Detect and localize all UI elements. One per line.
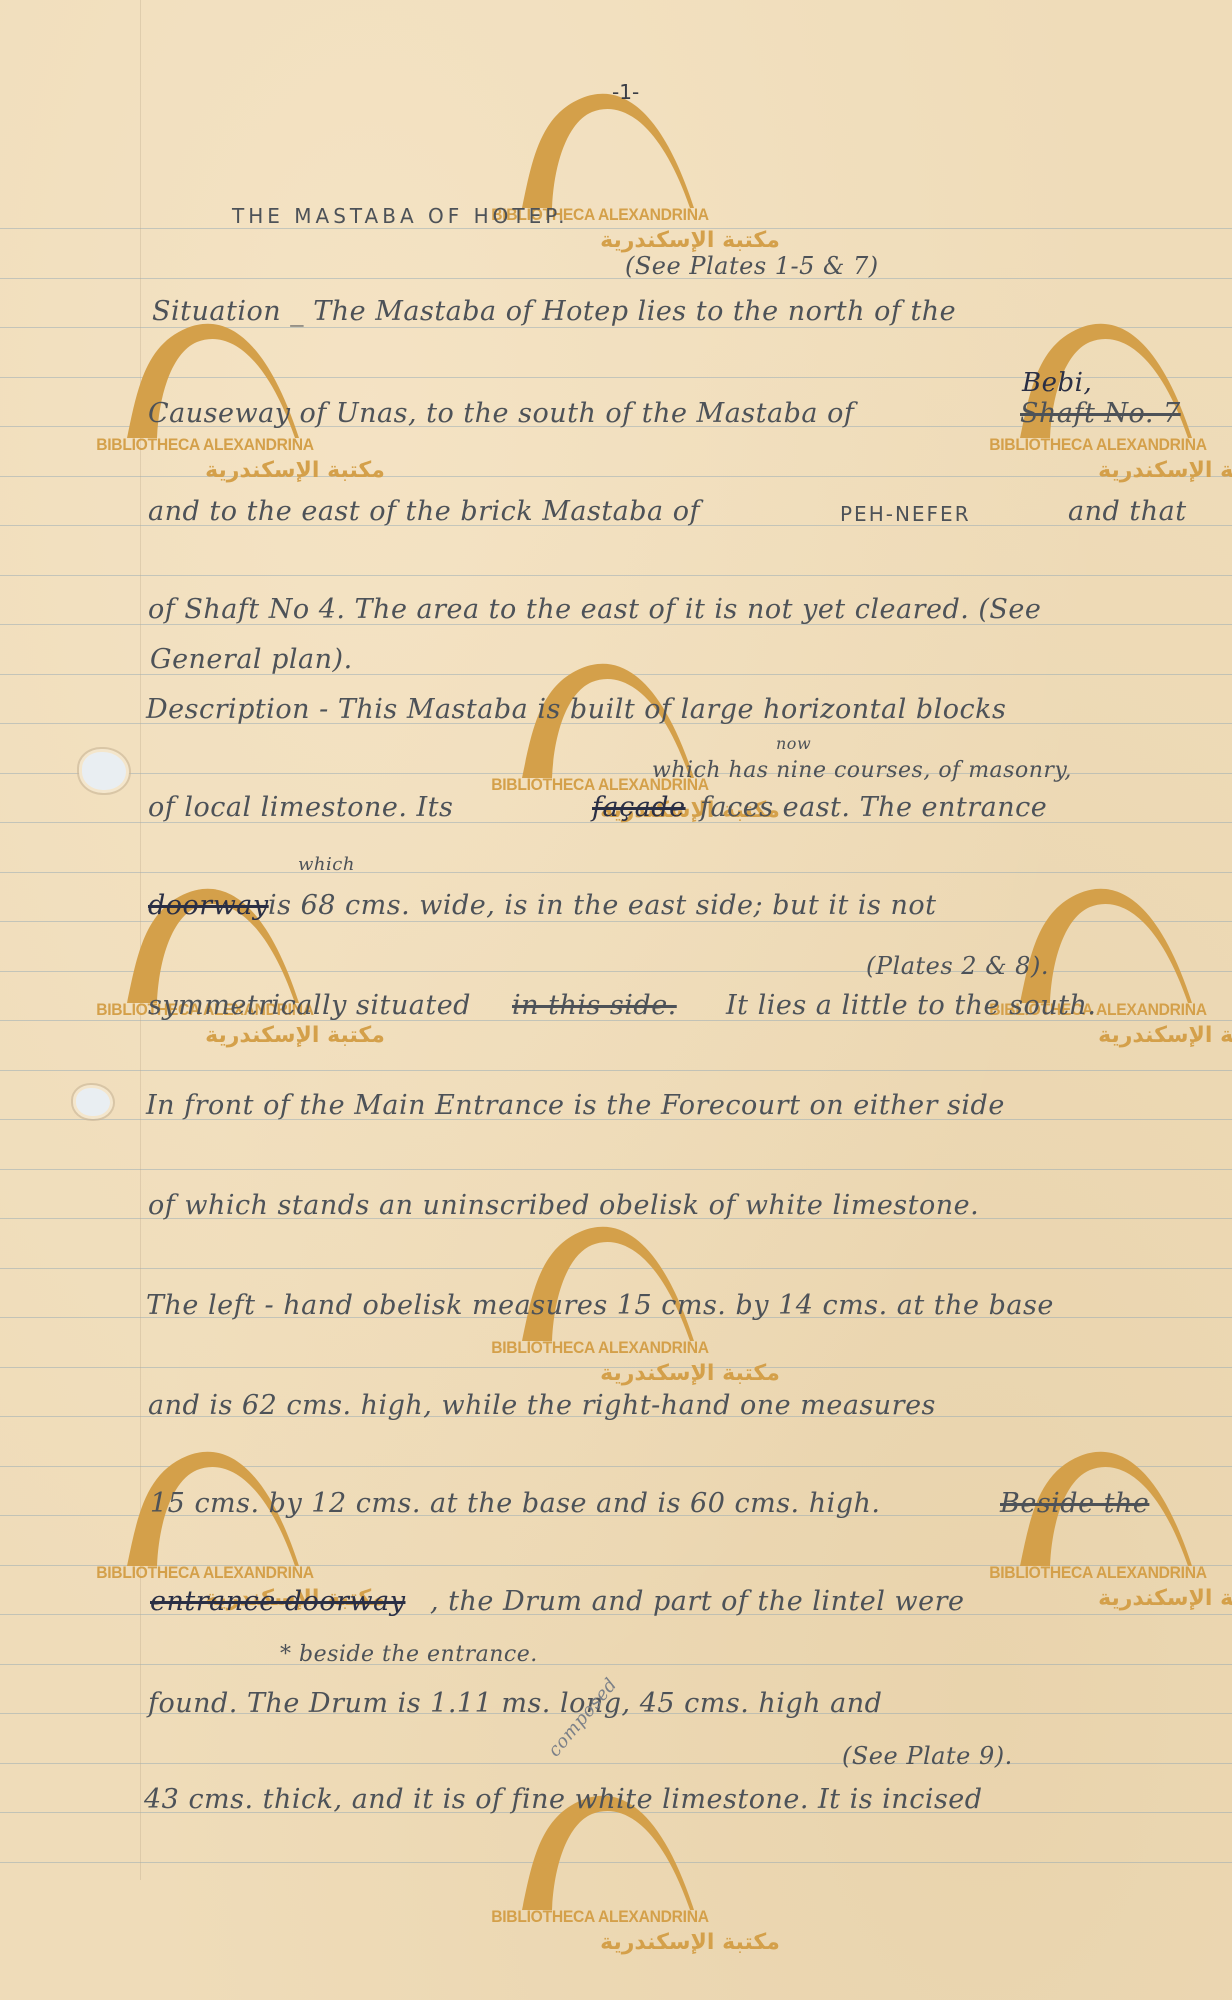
ruled-line xyxy=(0,872,1232,873)
line-and-that: and that xyxy=(1068,496,1187,527)
struck-shaft-no: Shaft No. 7 xyxy=(1020,398,1181,429)
document-title: THE MASTABA OF HOTEP. xyxy=(232,204,569,228)
watermark-text-en: BIBLIOTHECA ALEXANDRINA xyxy=(955,435,1232,455)
peh-nefer-name: PEH-NEFER xyxy=(840,502,971,526)
line-68-cms-wide: is 68 cms. wide, is in the east side; bu… xyxy=(268,890,936,921)
see-plate-9-note: (See Plate 9). xyxy=(842,1742,1013,1770)
watermark-text-ar: مكتبة الإسكندرية xyxy=(560,1930,820,1955)
watermark-text-en: BIBLIOTHECA ALEXANDRINA xyxy=(457,1907,742,1927)
ruled-line xyxy=(0,1664,1232,1665)
line-43-cms-thick: 43 cms. thick, and it is of fine white l… xyxy=(144,1784,983,1815)
plates-2-8-note: (Plates 2 & 8). xyxy=(866,952,1049,980)
line-shaft-4: of Shaft No 4. The area to the east of i… xyxy=(148,594,1041,625)
watermark-text-ar: مكتبة الإسكندرية xyxy=(1058,458,1232,483)
struck-doorway: doorway xyxy=(148,890,269,921)
line-62-cms-high: and is 62 cms. high, while the right-han… xyxy=(148,1390,936,1421)
watermark-text-ar: مكتبة الإسكندرية xyxy=(165,1023,425,1048)
insert-now: now xyxy=(776,734,811,753)
title-plates-note: (See Plates 1-5 & 7) xyxy=(625,252,879,280)
ruled-line xyxy=(0,575,1232,576)
line-found-drum: found. The Drum is 1.11 ms. long, 45 cms… xyxy=(148,1688,882,1719)
punch-hole-top xyxy=(82,752,126,790)
punch-hole-bottom xyxy=(76,1088,110,1116)
struck-entrance-doorway: entrance doorway xyxy=(150,1586,405,1617)
ruled-line xyxy=(0,1070,1232,1071)
ruled-line xyxy=(0,1169,1232,1170)
struck-beside-the: Beside the xyxy=(1000,1488,1149,1519)
line-situation: Situation _ The Mastaba of Hotep lies to… xyxy=(152,296,956,327)
watermark-text-ar: مكتبة الإسكندرية xyxy=(165,458,425,483)
insert-beside-entrance: * beside the entrance. xyxy=(280,1642,538,1667)
struck-in-this-side: in this side. xyxy=(512,990,677,1021)
watermark-text-ar: مكتبة الإسكندرية xyxy=(560,228,820,253)
line-east-brick-mastaba: and to the east of the brick Mastaba of xyxy=(148,496,700,527)
arch-logo-icon xyxy=(522,90,722,210)
line-general-plan: General plan). xyxy=(150,644,353,675)
watermark-text-en: BIBLIOTHECA ALEXANDRINA xyxy=(62,1563,347,1583)
watermark-text-en: BIBLIOTHECA ALEXANDRINA xyxy=(955,1563,1232,1583)
line-causeway: Causeway of Unas, to the south of the Ma… xyxy=(148,398,854,429)
line-symmetrically: symmetrically situated xyxy=(148,990,471,1021)
line-drum-and-lintel: , the Drum and part of the lintel were xyxy=(430,1586,964,1617)
line-15-cms-by-12: 15 cms. by 12 cms. at the base and is 60… xyxy=(150,1488,881,1519)
line-faces-east: faces east. The entrance xyxy=(700,792,1047,823)
ruled-line xyxy=(0,278,1232,279)
line-of-which-stands: of which stands an uninscribed obelisk o… xyxy=(148,1190,979,1221)
arch-logo-icon xyxy=(1020,885,1220,1005)
line-in-front: In front of the Main Entrance is the For… xyxy=(146,1090,1005,1121)
insert-which: which xyxy=(298,854,355,875)
line-lies-a-little: It lies a little to the south. xyxy=(726,990,1096,1021)
insert-bebi: Bebi, xyxy=(1022,368,1092,398)
watermark-text-ar: مكتبة الإسكندرية xyxy=(560,1361,820,1386)
manuscript-page: BIBLIOTHECA ALEXANDRINAمكتبة الإسكندريةB… xyxy=(0,0,1232,2000)
struck-facade: façade xyxy=(592,792,686,823)
watermark-text-ar: مكتبة الإسكندرية xyxy=(1058,1023,1232,1048)
watermark-text-en: BIBLIOTHECA ALEXANDRINA xyxy=(62,435,347,455)
line-local-limestone: of local limestone. Its xyxy=(148,792,453,823)
watermark-text-en: BIBLIOTHECA ALEXANDRINA xyxy=(457,1338,742,1358)
page-number: -1- xyxy=(612,80,639,104)
insert-nine-courses: which has nine courses, of masonry, xyxy=(652,758,1072,783)
line-left-hand-obelisk: The left - hand obelisk measures 15 cms.… xyxy=(146,1290,1054,1321)
line-description: Description - This Mastaba is built of l… xyxy=(146,694,1006,725)
ruled-line xyxy=(0,1763,1232,1764)
arch-logo-icon xyxy=(522,1223,722,1343)
watermark-text-ar: مكتبة الإسكندرية xyxy=(1058,1586,1232,1611)
